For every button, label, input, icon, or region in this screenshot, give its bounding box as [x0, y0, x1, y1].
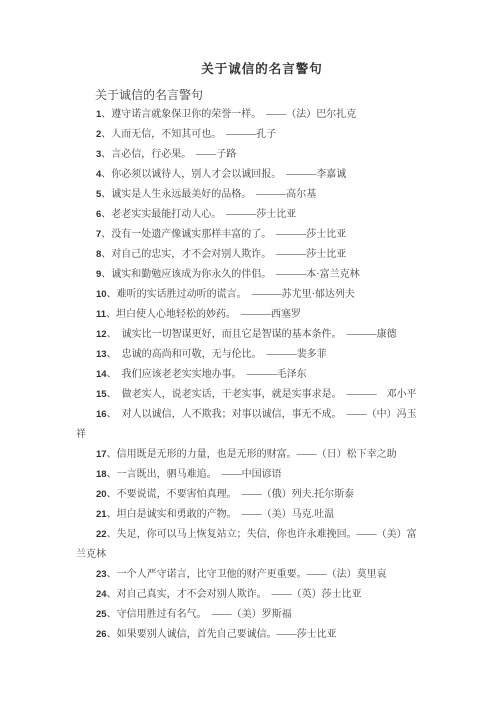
quote-separator: 、	[106, 309, 116, 320]
quote-text: 你必须以诚待人，别人才会以诚回报。 ———李嘉诚	[111, 169, 346, 180]
quote-separator: 、	[101, 209, 111, 220]
quote-text: 遵守诺言就象保卫你的荣誉一样。 ——（法）巴尔扎克	[111, 109, 356, 120]
document-page: 关于诚信的名言警句 关于诚信的名言警句 1、遵守诺言就象保卫你的荣誉一样。 ——…	[0, 0, 500, 707]
quote-item: 14、 我们应该老老实实地办事。 ———毛泽东	[76, 365, 448, 385]
quote-number: 20	[96, 489, 107, 500]
quote-separator: 、	[101, 249, 111, 260]
quote-item: 11、坦白使人心地轻松的妙药。 ———西塞罗	[76, 305, 448, 325]
quote-item: 2、人而无信，不知其可也。 ———孔子	[76, 125, 448, 145]
quote-item: 17、信用既是无形的力量，也是无形的财富。——（日）松下幸之助	[76, 445, 448, 465]
quote-separator: 、	[107, 509, 117, 520]
quote-item: 16、 对人以诚信，人不欺我；对事以诚信，事无不成。 ——（中）冯玉 祥	[76, 405, 448, 445]
quote-number: 25	[96, 609, 107, 620]
quote-item: 21、坦白是诚实和勇敢的产物。 ——（美）马克.吐温	[76, 505, 448, 525]
quote-item: 7、没有一处遗产像诚实那样丰富的了。 ———莎士比亚	[76, 225, 448, 245]
quote-text: 言必信，行必果。 ——子路	[111, 149, 236, 160]
quote-text: 对自己的忠实，才不会对别人欺诈。 ———莎士比亚	[111, 249, 346, 260]
quote-text: 信用既是无形的力量，也是无形的财富。——（日）松下幸之助	[117, 449, 397, 460]
quote-number: 18	[96, 469, 107, 480]
quote-item: 22、失足，你可以马上恢复站立；失信，你也许永难挽回。——（美）富 兰克林	[76, 525, 448, 565]
quote-text: 人而无信，不知其可也。 ———孔子	[111, 129, 276, 140]
quote-text: 诚实比一切智谋更好，而且它是智谋的基本条件。 ———康德	[112, 329, 397, 340]
quote-separator: 、	[107, 629, 117, 640]
quote-separator: 、	[107, 449, 117, 460]
quote-number: 11	[96, 309, 106, 320]
quote-text: 坦白使人心地轻松的妙药。 ———西塞罗	[116, 309, 301, 320]
quote-item: 15、 做老实人，说老实话，干老实事，就是实事求是。 ——— 邓小平	[76, 385, 448, 405]
quote-text: 诚实和勤勉应该成为你永久的伴侣。 ———本·富兰克林	[111, 269, 359, 280]
quote-text: 忠诚的高尚和可敬，无与伦比。 ———裴多菲	[112, 349, 327, 360]
quote-number: 13	[96, 349, 107, 360]
quote-item: 18、一言既出，驷马难追。 ——中国谚语	[76, 465, 448, 485]
quote-item: 8、对自己的忠实，才不会对别人欺诈。 ———莎士比亚	[76, 245, 448, 265]
document-subtitle: 关于诚信的名言警句	[76, 85, 448, 105]
quote-separator: 、	[107, 569, 117, 580]
quote-text: 难听的实话胜过动听的谎言。 ———苏尤里·郁达列夫	[117, 289, 355, 300]
quote-number: 14	[96, 369, 107, 380]
quote-number: 24	[96, 589, 107, 600]
quote-item: 1、遵守诺言就象保卫你的荣誉一样。 ——（法）巴尔扎克	[76, 105, 448, 125]
quote-separator: 、	[101, 169, 111, 180]
quote-item: 3、言必信，行必果。 ——子路	[76, 145, 448, 165]
quote-text: 我们应该老老实实地办事。 ———毛泽东	[112, 369, 307, 380]
quote-number: 15	[96, 389, 107, 400]
quote-text: 做老实人，说老实话，干老实事，就是实事求是。 ——— 邓小平	[112, 389, 417, 400]
quote-separator: 、	[107, 289, 117, 300]
quote-separator: 、	[101, 189, 111, 200]
quote-separator: 、	[101, 109, 111, 120]
quote-item: 24、对自己真实，才不会对别人欺诈。 ——（英）莎士比亚	[76, 585, 448, 605]
quote-number: 17	[96, 449, 107, 460]
quote-item: 20、不要说谎，不要害怕真理。 ——（俄）列夫.托尔斯泰	[76, 485, 448, 505]
quote-text: 老老实实最能打动人心。 ———莎士比亚	[111, 209, 296, 220]
quote-separator: 、	[107, 589, 117, 600]
quote-text: 一言既出，驷马难追。 ——中国谚语	[117, 469, 282, 480]
quote-separator: 、	[107, 529, 117, 540]
quote-item: 9、诚实和勤勉应该成为你永久的伴侣。 ———本·富兰克林	[76, 265, 448, 285]
quote-text: 诚实是人生永远最美好的品格。 ———高尔基	[111, 189, 316, 200]
quote-text: 对人以诚信，人不欺我；对事以诚信，事无不成。 ——（中）冯玉 祥	[76, 409, 417, 440]
quote-separator: 、	[101, 129, 111, 140]
quote-text: 不要说谎，不要害怕真理。 ——（俄）列夫.托尔斯泰	[117, 489, 355, 500]
page-title: 关于诚信的名言警句	[76, 58, 448, 80]
quote-item: 6、老老实实最能打动人心。 ———莎士比亚	[76, 205, 448, 225]
quote-number: 22	[96, 529, 107, 540]
quote-item: 10、难听的实话胜过动听的谎言。 ———苏尤里·郁达列夫	[76, 285, 448, 305]
quote-item: 12、 诚实比一切智谋更好，而且它是智谋的基本条件。 ———康德	[76, 325, 448, 345]
quote-number: 12	[96, 329, 107, 340]
quote-number: 23	[96, 569, 107, 580]
quote-list: 1、遵守诺言就象保卫你的荣誉一样。 ——（法）巴尔扎克2、人而无信，不知其可也。…	[76, 105, 448, 645]
quote-text: 守信用胜过有名气。 ——（美）罗斯福	[117, 609, 292, 620]
quote-separator: 、	[107, 489, 117, 500]
quote-text: 坦白是诚实和勇敢的产物。 ——（美）马克.吐温	[117, 509, 335, 520]
quote-text: 如果要别人诚信，首先自己要诚信。——莎士比亚	[117, 629, 337, 640]
quote-separator: 、	[101, 229, 111, 240]
quote-text: 没有一处遗产像诚实那样丰富的了。 ———莎士比亚	[111, 229, 346, 240]
quote-text: 对自己真实，才不会对别人欺诈。 ——（英）莎士比亚	[117, 589, 362, 600]
quote-item: 23、一个人严守诺言，比守卫他的财产更重要。——（法）莫里哀	[76, 565, 448, 585]
quote-item: 25、守信用胜过有名气。 ——（美）罗斯福	[76, 605, 448, 625]
quote-number: 26	[96, 629, 107, 640]
quote-number: 21	[96, 509, 107, 520]
quote-item: 26、如果要别人诚信，首先自己要诚信。——莎士比亚	[76, 625, 448, 645]
quote-text: 一个人严守诺言，比守卫他的财产更重要。——（法）莫里哀	[117, 569, 387, 580]
quote-item: 13、 忠诚的高尚和可敬，无与伦比。 ———裴多菲	[76, 345, 448, 365]
quote-number: 16	[96, 409, 107, 420]
quote-item: 5、诚实是人生永远最美好的品格。 ———高尔基	[76, 185, 448, 205]
quote-item: 4、你必须以诚待人，别人才会以诚回报。 ———李嘉诚	[76, 165, 448, 185]
quote-separator: 、	[107, 609, 117, 620]
quote-number: 10	[96, 289, 107, 300]
quote-separator: 、	[101, 269, 111, 280]
quote-separator: 、	[101, 149, 111, 160]
quote-text: 失足，你可以马上恢复站立；失信，你也许永难挽回。——（美）富 兰克林	[76, 529, 417, 560]
quote-separator: 、	[107, 469, 117, 480]
